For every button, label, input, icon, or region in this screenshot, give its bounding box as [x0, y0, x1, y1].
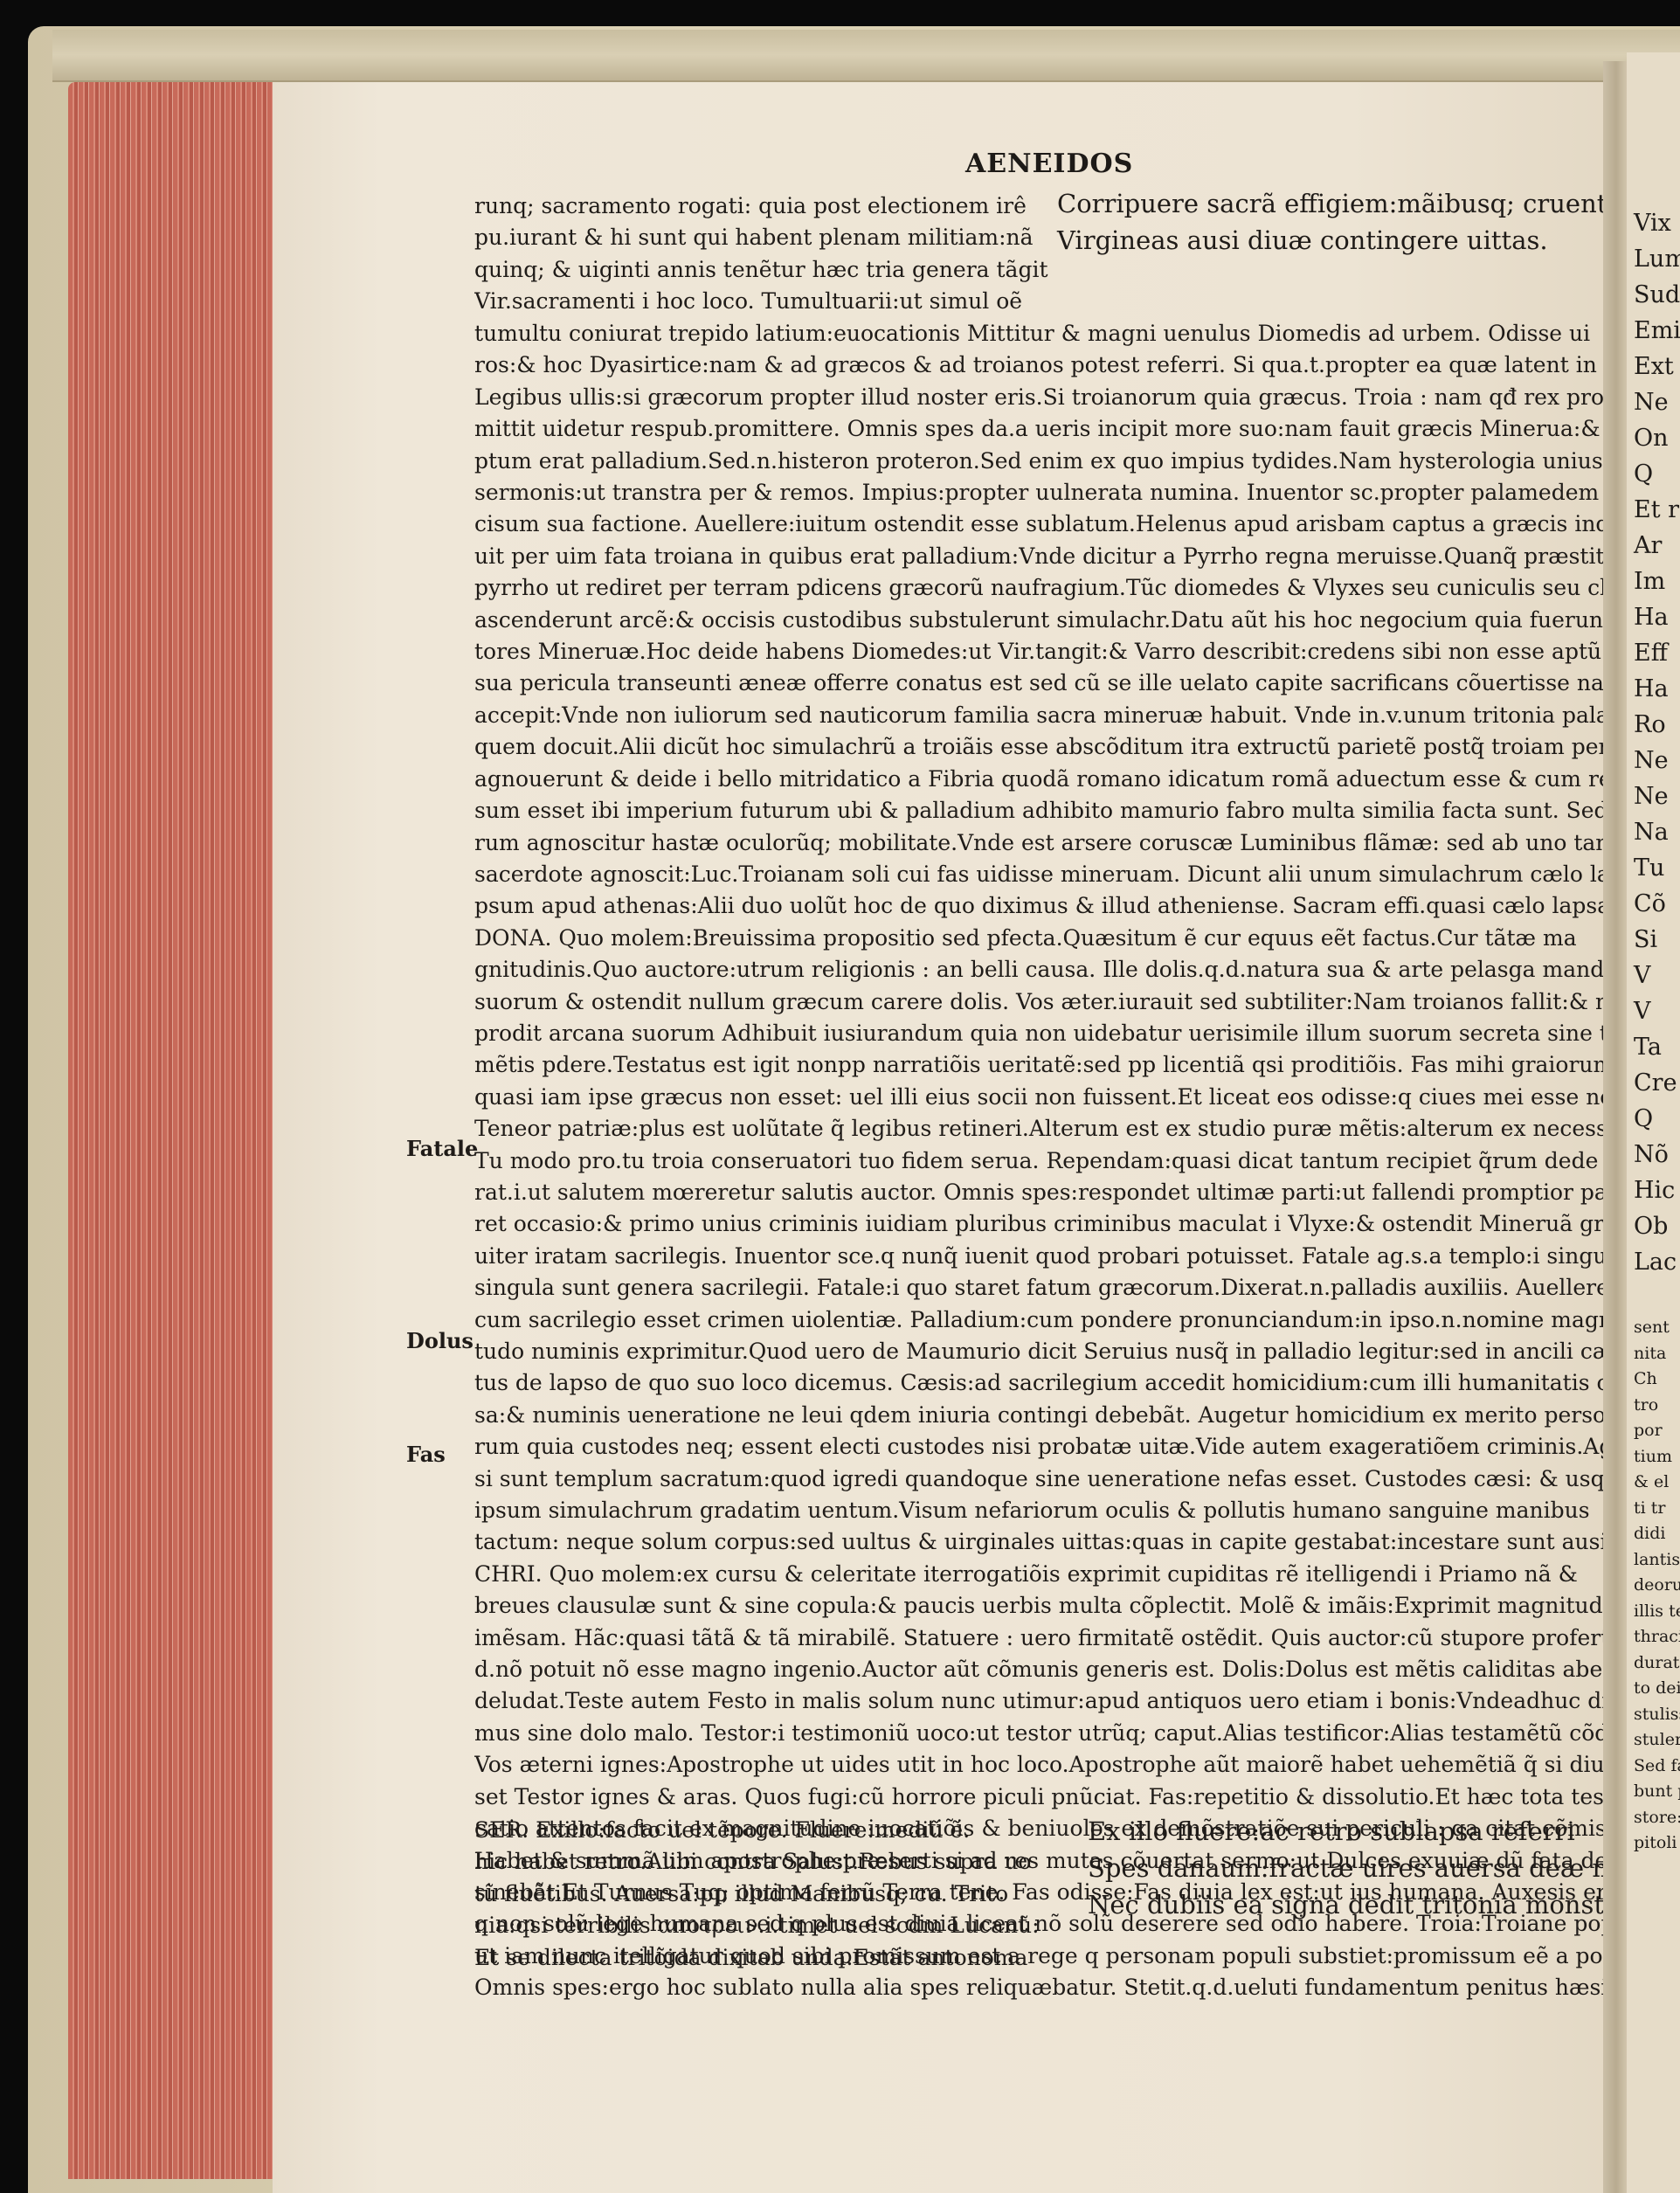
commentary-top-left: runq; sacramento rogati: quia post elect…	[474, 190, 1068, 318]
verse-fragment: Ta	[1627, 1029, 1680, 1065]
text-line: tumultu coniurat trepido latium:euocatio…	[474, 318, 1614, 349]
verse-line: Virgineas ausi diuæ contingere uittas.	[1057, 222, 1616, 259]
right-page-commentary: sentnitaChtroportium& elti trdidilantisd…	[1627, 1315, 1680, 1857]
text-line: breues clausulæ sunt & sine copula:& pau…	[474, 1590, 1614, 1622]
right-page-verse: VixLumSudEmiExtNeOnQEt rArImHaEffHaRoNeN…	[1627, 205, 1680, 1280]
text-line: prodit arcana suorum Adhibuit iusiurandu…	[474, 1018, 1614, 1049]
text-line: d.nõ potuit nõ esse magno ingenio.Auctor…	[474, 1654, 1614, 1685]
text-line: quinq; & uiginti annis tenẽtur hæc tria …	[474, 254, 1068, 286]
commentary-fragment: thraci	[1627, 1624, 1680, 1650]
text-line: Tu modo pro.tu troia conseruatori tuo fi…	[474, 1145, 1614, 1177]
verse-fragment: Q	[1627, 456, 1680, 492]
text-line: sa:& numinis ueneratione ne leui qdem in…	[474, 1400, 1614, 1431]
text-line: rum agnoscitur hastæ oculorũq; mobilitat…	[474, 827, 1614, 859]
commentary-fragment: illis te	[1627, 1599, 1680, 1625]
commentary-fragment: sent	[1627, 1315, 1680, 1341]
text-line: ipsum simulachrum gradatim uentum.Visum …	[474, 1495, 1614, 1526]
verse-fragment: Ha	[1627, 599, 1680, 635]
commentary-fragment: nita	[1627, 1341, 1680, 1367]
text-line: DONA. Quo molem:Breuissima propositio se…	[474, 923, 1614, 954]
text-line: deludat.Teste autem Festo in malis solum…	[474, 1685, 1614, 1717]
text-line: suorum & ostendit nullum græcum carere d…	[474, 986, 1614, 1018]
text-line: sum esset ibi imperium futurum ubi & pal…	[474, 795, 1614, 827]
text-line: Teneor patriæ:plus est uolũtate q̃ legib…	[474, 1113, 1614, 1145]
text-line: psum apud athenas:Alii duo uolũt hoc de …	[474, 890, 1614, 922]
verse-fragment: Eff	[1627, 635, 1680, 671]
verse-fragment: Lum	[1627, 241, 1680, 277]
commentary-fragment: tium	[1627, 1444, 1680, 1470]
text-line: mẽtis pdere.Testatus est igit nonpp narr…	[474, 1049, 1614, 1081]
verse-fragment: Lac	[1627, 1244, 1680, 1280]
commentary-fragment: didi	[1627, 1521, 1680, 1547]
verse-fragment: Ne	[1627, 384, 1680, 420]
text-line: Legibus ullis:si græcorum propter illud …	[474, 382, 1614, 413]
verse-fragment: Ob	[1627, 1208, 1680, 1244]
commentary-main: tumultu coniurat trepido latium:euocatio…	[474, 318, 1614, 2004]
text-line: tactum: neque solum corpus:sed uultus & …	[474, 1526, 1614, 1558]
commentary-fragment: & el	[1627, 1470, 1680, 1496]
verse-line: Ex illo fluere:ac retro sublapsa referri	[1088, 1813, 1612, 1850]
verse-fragment: Et r	[1627, 492, 1680, 528]
commentary-fragment: store:c	[1627, 1805, 1680, 1831]
verse-fragment: Na	[1627, 814, 1680, 850]
verse-fragment: On	[1627, 420, 1680, 456]
commentary-fragment: por	[1627, 1418, 1680, 1444]
text-line: accepit:Vnde non iuliorum sed nauticorum…	[474, 700, 1614, 731]
verse-fragment: Ro	[1627, 707, 1680, 743]
text-line: sermonis:ut transtra per & remos. Impius…	[474, 477, 1614, 508]
verse-bottom: Ex illo fluere:ac retro sublapsa referri…	[1088, 1813, 1612, 1923]
text-line: pu.iurant & hi sunt qui habent plenam mi…	[474, 222, 1068, 253]
verse-fragment: Tu	[1627, 850, 1680, 886]
marginal-note: Dolus	[406, 1328, 474, 1353]
commentary-fragment: stulisse	[1627, 1702, 1680, 1728]
marginal-note: Fatale	[406, 1136, 478, 1161]
text-line: uiter iratam sacrilegis. Inuentor sce.q …	[474, 1241, 1614, 1272]
verse-fragment: Ar	[1627, 528, 1680, 564]
verse-line: Nec dubiis ea signa dedit tritonia monst…	[1088, 1886, 1612, 1923]
text-line: singula sunt genera sacrilegii. Fatale:i…	[474, 1272, 1614, 1304]
text-line: quasi iam ipse græcus non esset: uel ill…	[474, 1082, 1614, 1113]
text-line: Omnis spes:ergo hoc sublato nulla alia s…	[474, 1972, 1614, 2003]
text-line: mittit uidetur respub.promittere. Omnis …	[474, 413, 1614, 445]
commentary-bottom-left: SER. Exillo:facto uel tẽpore. Fluere:med…	[474, 1815, 1068, 1974]
text-line: sua pericula transeunti æneæ offerre con…	[474, 668, 1614, 699]
verse-fragment: Vix	[1627, 205, 1680, 241]
text-line: sacerdote agnoscit:Luc.Troianam soli cui…	[474, 859, 1614, 890]
verse-fragment: Hic	[1627, 1173, 1680, 1208]
text-line: uit per uim fata troiana in quibus erat …	[474, 541, 1614, 572]
text-line: pyrrho ut rediret per terram pdicens græ…	[474, 572, 1614, 604]
verse-line: Spes danaum:fractæ uires auersa deæ mẽs	[1088, 1850, 1612, 1886]
verse-fragment: Cõ	[1627, 886, 1680, 922]
text-line: Vos æterni ignes:Apostrophe ut uides uti…	[474, 1749, 1614, 1781]
verse-fragment: Ne	[1627, 743, 1680, 778]
commentary-fragment: duratu	[1627, 1650, 1680, 1677]
commentary-fragment: tro	[1627, 1393, 1680, 1419]
commentary-fragment: Ch	[1627, 1366, 1680, 1393]
verse-fragment: Sud	[1627, 277, 1680, 313]
text-line: rum quia custodes neq; essent electi cus…	[474, 1431, 1614, 1463]
commentary-fragment: deoru	[1627, 1573, 1680, 1599]
text-line: cum sacrilegio esset crimen uiolentiæ. P…	[474, 1304, 1614, 1336]
text-line: runq; sacramento rogati: quia post elect…	[474, 190, 1068, 222]
text-line: tudo numinis exprimitur.Quod uero de Mau…	[474, 1336, 1614, 1367]
commentary-fragment: to deic	[1627, 1676, 1680, 1702]
text-line: ptum erat palladium.Sed.n.histeron prote…	[474, 446, 1614, 477]
verse-fragment: Ha	[1627, 671, 1680, 707]
text-line: tores Mineruæ.Hoc deide habens Diomedes:…	[474, 636, 1614, 668]
verse-fragment: Q	[1627, 1101, 1680, 1137]
running-head: AENEIDOS	[965, 149, 1133, 179]
commentary-fragment: ti tr	[1627, 1496, 1680, 1522]
verse-fragment: V	[1627, 993, 1680, 1029]
text-line: si sunt templum sacratum:quod igredi qua…	[474, 1463, 1614, 1495]
text-line: quem docuit.Alii dicũt hoc simulachrũ a …	[474, 731, 1614, 763]
text-line: Vir.sacramenti i hoc loco. Tumultuarii:u…	[474, 286, 1068, 317]
commentary-fragment: bunt p	[1627, 1779, 1680, 1805]
verse-fragment: Emi	[1627, 313, 1680, 349]
book-gutter	[1603, 61, 1629, 2193]
text-line: nia:qsi terribilis αποτρειν.i.timet uel …	[474, 1910, 1068, 1941]
text-line: ascenderunt arcẽ:& occisis custodibus su…	[474, 605, 1614, 636]
verse-fragment: Si	[1627, 922, 1680, 958]
right-page-fragment: VixLumSudEmiExtNeOnQEt rArImHaEffHaRoNeN…	[1627, 52, 1680, 2193]
verse-fragment: V	[1627, 958, 1680, 993]
red-page-edges	[68, 82, 278, 2179]
commentary-fragment: pitoli	[1627, 1830, 1680, 1857]
text-line: SER. Exillo:facto uel tẽpore. Fluere:med…	[474, 1815, 1068, 1846]
verse-top: Corripuere sacrã effigiem:mãibusq; cruen…	[1057, 185, 1616, 259]
marginal-note: Fas	[406, 1442, 446, 1467]
text-line: agnouerunt & deide i bello mitridatico a…	[474, 764, 1614, 795]
text-line: gnitudinis.Quo auctore:utrum religionis …	[474, 954, 1614, 986]
text-line: set Testor ignes & aras. Quos fugi:cũ ho…	[474, 1781, 1614, 1813]
text-line: Et se dilecta tritõida dixitab unda.Estã…	[474, 1942, 1068, 1974]
text-line: hic habet retro.Alibi contra Salust.Rebu…	[474, 1846, 1068, 1878]
commentary-fragment: stulera	[1627, 1727, 1680, 1754]
text-line: ret occasio:& primo unius criminis iuidi…	[474, 1208, 1614, 1240]
text-line: cisum sua factione. Auellere:iuitum oste…	[474, 508, 1614, 540]
text-line: imẽsam. Hãc:quasi tãtã & tã mirabilẽ. St…	[474, 1622, 1614, 1654]
verse-fragment: Ne	[1627, 778, 1680, 814]
text-line: tus de lapso de quo suo loco dicemus. Cæ…	[474, 1367, 1614, 1399]
verse-fragment: Ext	[1627, 349, 1680, 384]
binding-headcap	[52, 30, 1680, 82]
verse-fragment: Cre	[1627, 1065, 1680, 1101]
text-line: tũ fluẽtibus. Auersa:pp illud Manibusq; …	[474, 1878, 1068, 1910]
text-line: mus sine dolo malo. Testor:i testimoniũ …	[474, 1718, 1614, 1749]
commentary-fragment: lantis	[1627, 1547, 1680, 1574]
text-line: CHRI. Quo molem:ex cursu & celeritate it…	[474, 1559, 1614, 1590]
text-line: rat.i.ut salutem mœreretur salutis aucto…	[474, 1177, 1614, 1208]
commentary-fragment: Sed fab	[1627, 1754, 1680, 1780]
verse-fragment: Im	[1627, 564, 1680, 599]
verse-fragment: Nõ	[1627, 1137, 1680, 1173]
verse-line: Corripuere sacrã effigiem:mãibusq; cruen…	[1057, 185, 1616, 222]
text-line: ros:& hoc Dyasirtice:nam & ad græcos & a…	[474, 349, 1614, 381]
